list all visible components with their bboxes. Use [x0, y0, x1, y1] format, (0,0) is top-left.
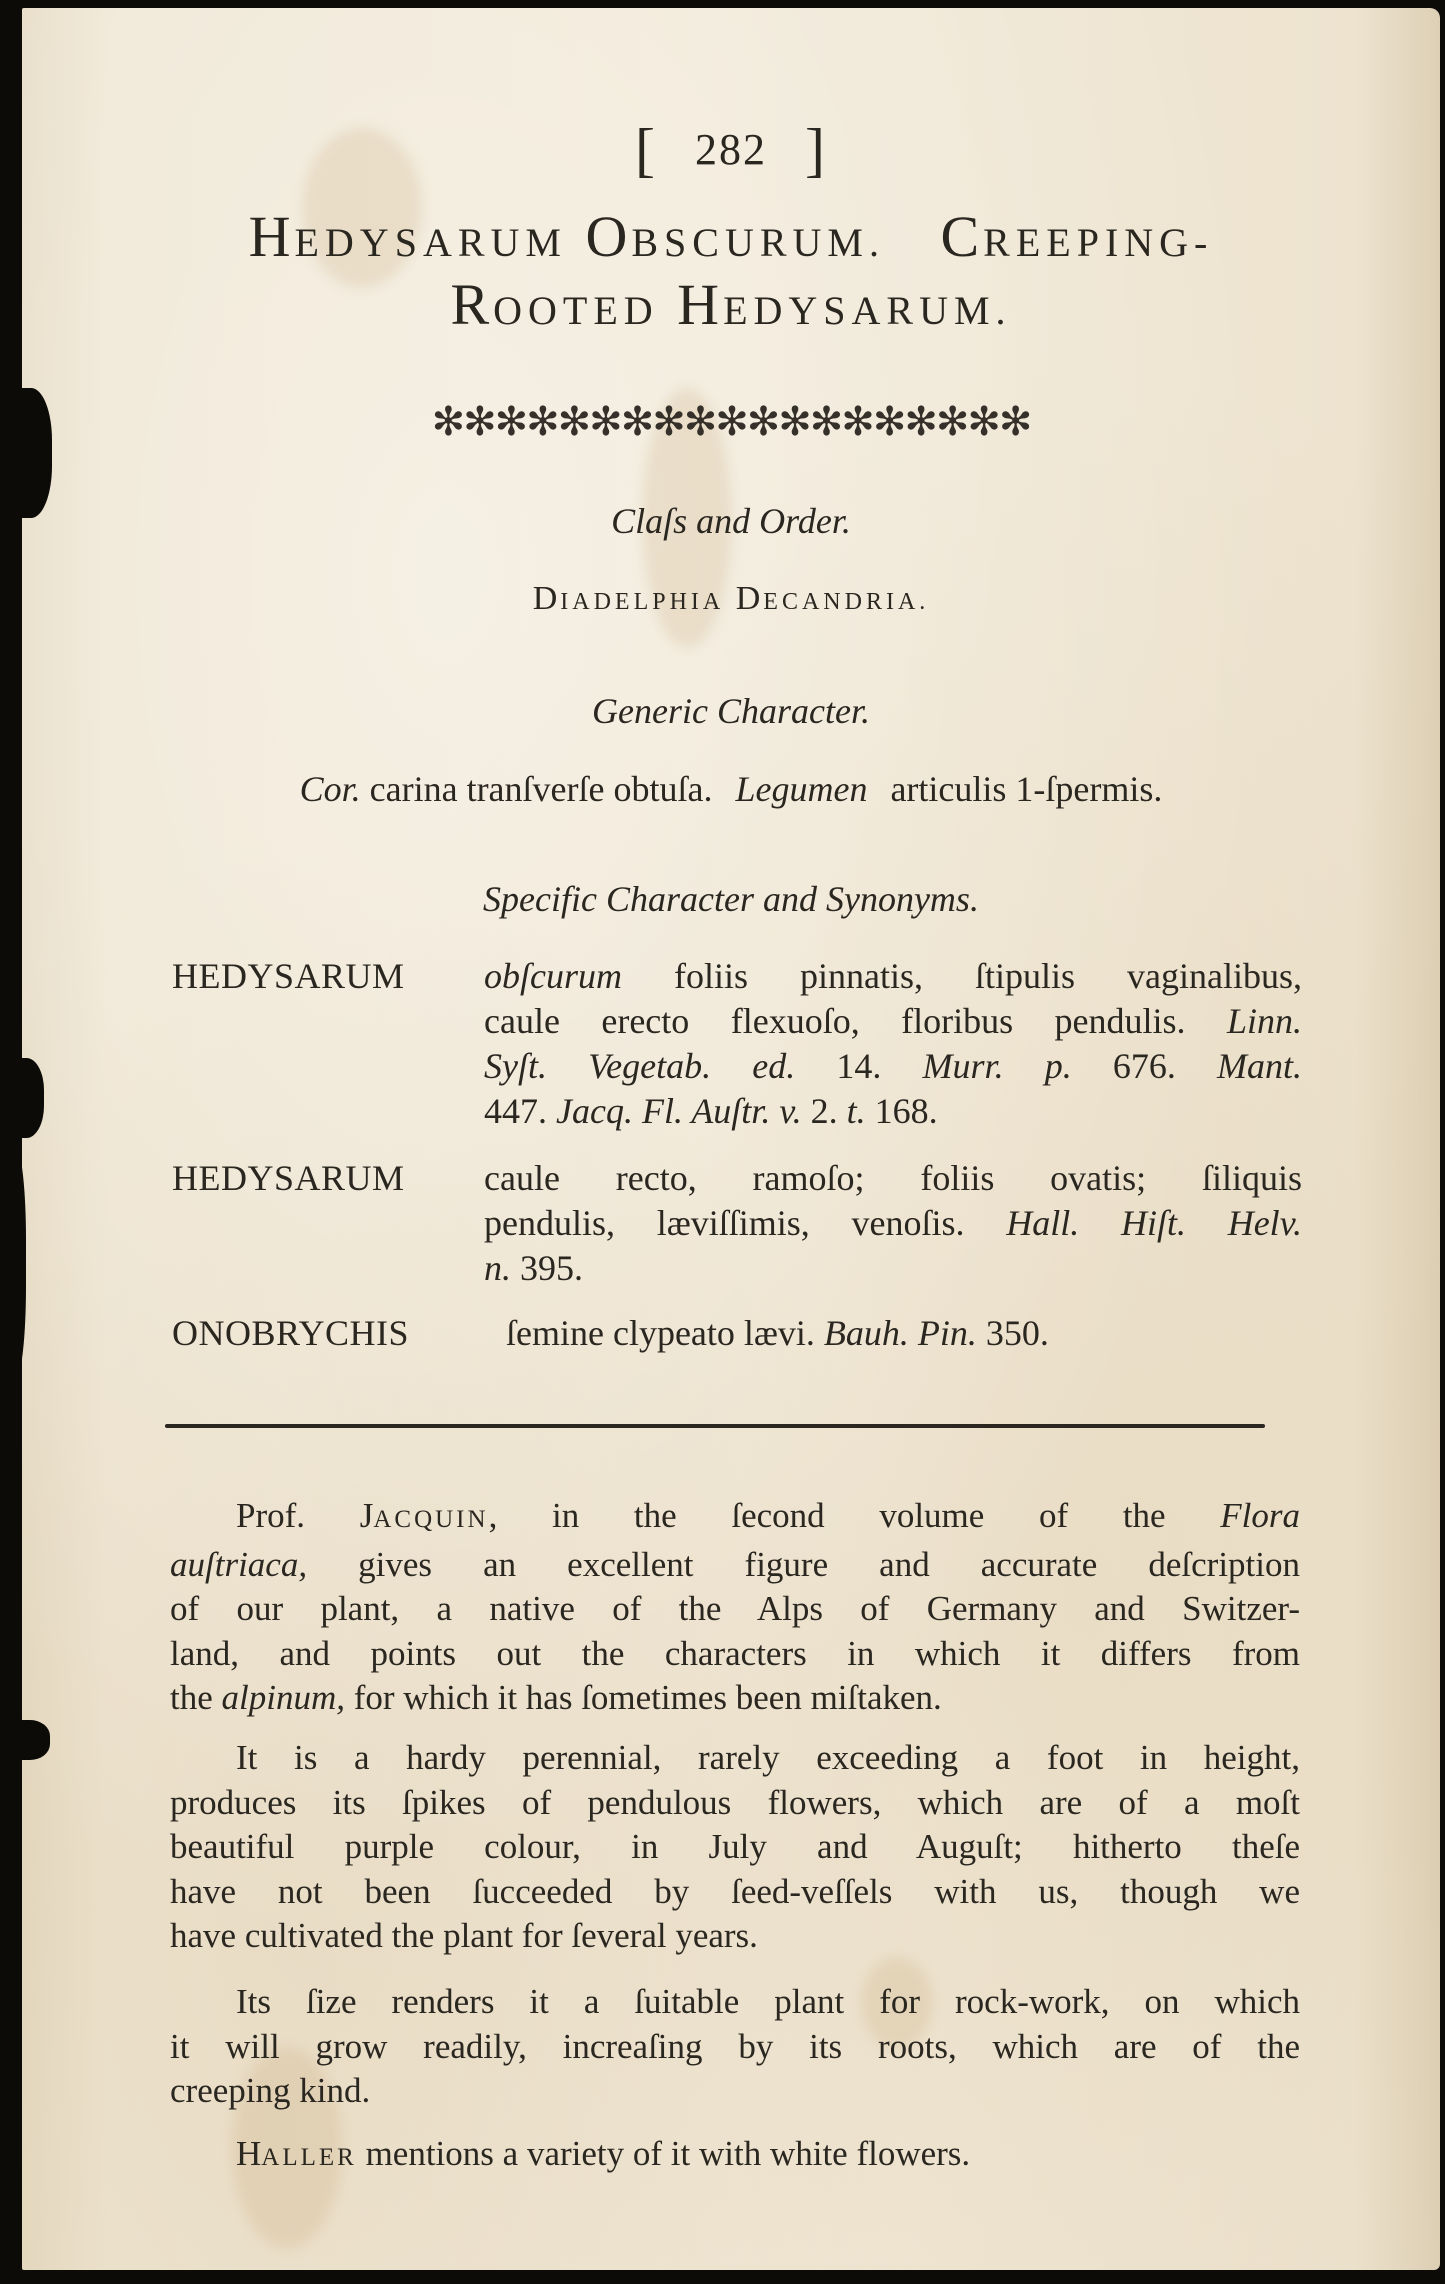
title-word: ROOTED: [450, 272, 658, 337]
torn-edge: [0, 1058, 44, 1138]
ornament-divider-icon: ✻✻✻✻✻✻✻✻✻✻✻✻✻✻✻✻✻✻✻: [22, 398, 1440, 445]
body-paragraph: HALLER mentions a variety of it with whi…: [170, 2132, 1300, 2181]
synonym-genus: ONOBRYCHIS: [172, 1311, 409, 1356]
generic-character-heading: Generic Character.: [22, 690, 1440, 732]
book-page: [282] HEDYSARUM OBSCURUM. CREEPING- ROOT…: [22, 8, 1440, 2270]
specific-character-heading: Specific Character and Synonyms.: [22, 878, 1440, 920]
synonym-description: caule recto, ramoſo; foliis ovatis; ſili…: [484, 1156, 1302, 1291]
torn-edge: [0, 1720, 50, 1760]
generic-character-text: Cor. carina tranſverſe obtuſa. Legumen a…: [22, 768, 1440, 810]
title-line-1: HEDYSARUM OBSCURUM. CREEPING-: [22, 208, 1440, 266]
bracket-close: ]: [805, 117, 827, 183]
title-line-2: ROOTED HEDYSARUM.: [22, 276, 1440, 334]
class-order-value: DIADELPHIA DECANDRIA.: [22, 580, 1440, 618]
torn-edge: [0, 1758, 18, 2228]
body-paragraph: Its ſize renders it a ſuitable plant for…: [170, 1980, 1300, 2114]
synonym-description: obſcurum foliis pinnatis, ſtipulis vagin…: [484, 954, 1302, 1134]
body-paragraph: It is a hardy perennial, rarely exceedin…: [170, 1736, 1300, 1959]
section-divider: [165, 1424, 1265, 1428]
title-word: HEDYSARUM.: [677, 272, 1011, 337]
body-paragraph: Prof. JACQUIN, in the ſecond volume of t…: [170, 1494, 1300, 1721]
title-word: CREEPING-: [940, 204, 1213, 269]
class-order-heading: Claſs and Order.: [22, 500, 1440, 542]
synonym-description: ſemine clypeato lævi. Bauh. Pin. 350.: [506, 1311, 1324, 1356]
bracket-open: [: [635, 117, 657, 183]
page-number: [282]: [22, 116, 1440, 185]
title-word: OBSCURUM.: [585, 204, 885, 269]
title-word: HEDYSARUM: [249, 204, 567, 269]
synonym-genus: HEDYSARUM: [172, 1156, 405, 1201]
torn-edge: [0, 1148, 26, 1378]
page-number-value: 282: [695, 125, 767, 174]
synonym-genus: HEDYSARUM: [172, 954, 405, 999]
